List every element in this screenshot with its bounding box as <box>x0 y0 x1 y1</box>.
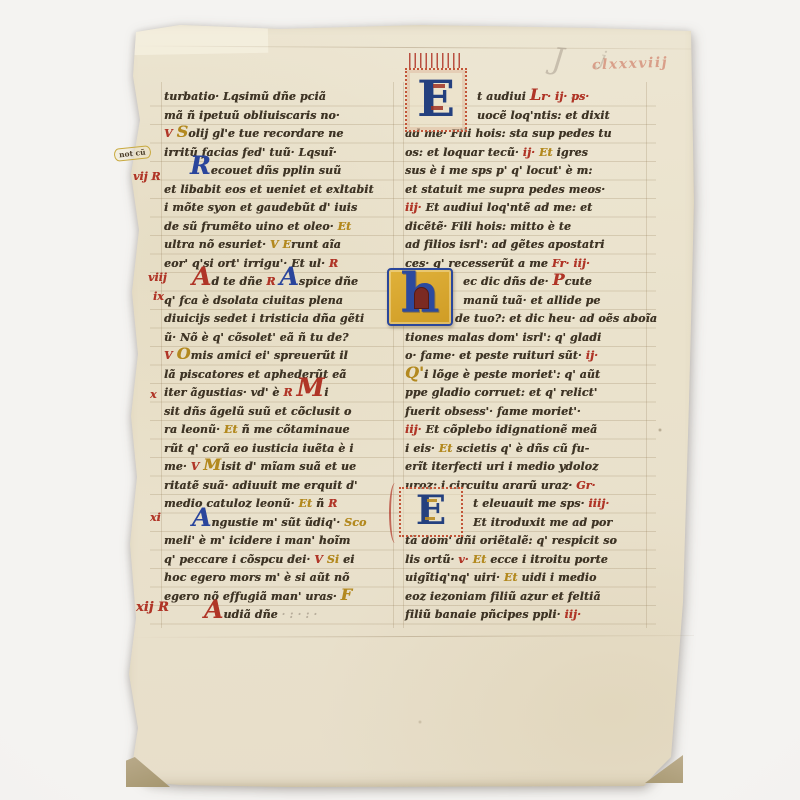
text-segment: ppe gladio corruet: et q' relict' <box>405 386 597 399</box>
text-segment: ij· <box>586 349 598 362</box>
text-line: ad filios isrl': ad gẽtes apostatri <box>405 234 649 253</box>
text-segment: erĩt iterfecti uri i medio ydoloz <box>405 460 598 473</box>
text-line: diuicijs sedet i tristicia dña gẽti <box>164 308 394 327</box>
text-segment: A <box>192 262 211 291</box>
text-segment: spice dñe <box>299 275 358 288</box>
penwork-fringe <box>409 53 463 68</box>
text-segment: M <box>203 455 221 474</box>
text-segment: Et <box>473 553 487 566</box>
text-segment: Et <box>539 146 553 159</box>
text-segment: sus è i me sps p' q' locut' è m: <box>405 164 592 177</box>
manuscript-photo: clxxxviij J j turbatio· Lqsimũ dñe pciãm… <box>0 0 800 800</box>
text-segment: de sũ frumẽto uino et oleo· <box>164 220 338 233</box>
text-line: lis ortũ· v· Et ecce i itroitu porte <box>405 549 649 568</box>
text-segment: ec dic dñs de· <box>463 275 552 288</box>
text-segment: medio catuloz leonũ· <box>164 497 298 510</box>
text-segment: V <box>164 349 177 362</box>
text-segment: L <box>530 85 541 104</box>
text-line: iter ãgustias· vd' è R Mi <box>164 382 394 401</box>
text-line: dicẽtẽ· Fili hois: mitto è te <box>405 216 649 235</box>
text-segment: ũ· Nõ è q' cõsolet' eã ñ tu de? <box>164 331 349 344</box>
text-segment: udiã dñe <box>223 608 281 621</box>
text-segment: mis amici ei' spreuerũt il <box>191 349 348 362</box>
text-line: rũt q' corã eo iusticia iuẽta è i <box>164 438 394 457</box>
text-line: Audiã dñe · : · : · <box>164 604 394 623</box>
text-segment: igres <box>553 146 588 159</box>
text-line: os: et loquar tecũ· ij· Et igres <box>405 142 649 161</box>
initial-letter: E <box>401 489 461 533</box>
text-segment: ultra nõ esuriet· <box>164 238 270 251</box>
text-segment: ad filios isrl': ad gẽtes apostatri <box>405 238 604 251</box>
text-segment: hoc egero mors m' è si aũt nõ <box>164 571 349 584</box>
text-line: ũ· Nõ è q' cõsolet' eã ñ tu de? <box>164 327 394 346</box>
text-line: eoz iezoniam filiũ azur et feltiã <box>405 586 649 605</box>
penwork-gold-dash <box>427 499 437 502</box>
text-line: ppe gladio corruet: et q' relict' <box>405 382 649 401</box>
penwork-hatch <box>433 84 445 88</box>
text-segment: q' fca è dsolata ciuitas plena <box>164 294 343 307</box>
illuminated-initial-E-lower: E <box>399 487 463 537</box>
text-segment: os: et loquar tecũ· <box>405 146 523 159</box>
text-segment: diuicijs sedet i tristicia dña gẽti <box>164 312 364 325</box>
text-segment: runt aĩa <box>291 238 341 251</box>
text-segment: Et <box>439 442 453 455</box>
text-segment: iij· <box>405 423 426 436</box>
text-segment: Sco <box>344 516 366 529</box>
vertical-ruling-line <box>403 82 404 628</box>
text-line: Q'i lõge è peste moriet': q' aũt <box>405 364 649 383</box>
text-line: V Solij gl'e tue recordare ne <box>164 123 394 142</box>
text-line: i eis· Et scietis q' è dñs cũ fu- <box>405 438 649 457</box>
text-segment: ñ me cõtaminaue <box>238 423 350 436</box>
text-segment: Et cõplebo idignationẽ meã <box>426 423 598 436</box>
text-segment: fuerit obsess'· fame moriet'· <box>405 405 581 418</box>
text-segment: r· ij· ps· <box>541 90 589 103</box>
text-segment: Si <box>327 553 339 566</box>
text-line: erĩt iterfecti uri i medio ydoloz <box>405 456 649 475</box>
text-segment: V <box>314 553 327 566</box>
text-segment: iiij· <box>588 497 609 510</box>
text-segment: dicẽtẽ· Fili hois: mitto è te <box>405 220 571 233</box>
text-segment: O <box>177 344 191 363</box>
text-line: Angustie m' sũt ũdiq'· Sco <box>164 512 394 531</box>
text-segment: sit dñs ãgelũ suũ et cõclusit o <box>164 405 351 418</box>
left-column: turbatio· Lqsimũ dñe pciãmã ñ ipetuũ obl… <box>164 86 394 623</box>
text-segment: o· fame· et peste ruituri sũt· <box>405 349 586 362</box>
text-line: Ad te dñe R Aspice dñe <box>164 271 394 290</box>
text-segment: Gr· <box>576 479 595 492</box>
text-segment: Fr· iij· <box>552 257 590 270</box>
penwork-gold-dash <box>425 517 435 520</box>
text-segment: V E <box>270 238 291 251</box>
text-segment: ritatẽ suã· adiuuit me erquit d' <box>164 479 357 492</box>
text-segment: v· <box>458 553 472 566</box>
initial-letter: E <box>407 70 465 128</box>
text-segment: uigĩtiq'nq' uiri· <box>405 571 504 584</box>
text-segment: V <box>191 460 204 473</box>
text-segment: V <box>164 127 177 140</box>
text-segment: cute <box>565 275 592 288</box>
text-segment: R <box>283 386 296 399</box>
initial-inner-arch <box>414 287 429 309</box>
text-line: me· V Misit d' mĩam suã et ue <box>164 456 394 475</box>
text-segment: F <box>341 585 352 604</box>
text-segment: uocẽ loq'ntis: et dixit <box>477 109 610 122</box>
text-line: hoc egero mors m' è si aũt nõ <box>164 567 394 586</box>
text-segment: et statuit me supra pedes meos· <box>405 183 605 196</box>
text-line: meli' è m' icidere i man' hoĩm <box>164 530 394 549</box>
text-segment: · : · : · <box>282 608 318 621</box>
text-line: q' peccare i cõspcu dei· V Si ei <box>164 549 394 568</box>
text-line: o· fame· et peste ruituri sũt· ij· <box>405 345 649 364</box>
illuminated-initial-E-top: E <box>405 68 467 132</box>
text-segment: Et <box>224 423 238 436</box>
text-segment: Et <box>298 497 312 510</box>
text-segment: scietis q' è dñs cũ fu- <box>452 442 589 455</box>
text-segment: egero nõ effugiã man' uras· <box>164 590 341 603</box>
text-segment: i lõge è peste moriet': q' aũt <box>424 368 600 381</box>
text-segment: A <box>279 262 298 291</box>
text-line: sit dñs ãgelũ suũ et cõclusit o <box>164 401 394 420</box>
text-segment: ra leonũ· <box>164 423 224 436</box>
text-segment: i <box>324 386 328 399</box>
text-segment: Et audiui loq'ntẽ ad me: et <box>426 201 593 214</box>
text-segment: A <box>204 595 223 624</box>
text-segment: isit d' mĩam suã et ue <box>221 460 356 473</box>
text-segment: i mõte syon et gaudebũt d' iuis <box>164 201 357 214</box>
text-segment: ecouet dñs pplin suũ <box>211 164 341 177</box>
text-line: V Omis amici ei' spreuerũt il <box>164 345 394 364</box>
text-segment: turbatio· Lqsimũ dñe pciã <box>164 90 326 103</box>
text-segment: q' peccare i cõspcu dei· <box>164 553 314 566</box>
text-line: et statuit me supra pedes meos· <box>405 179 649 198</box>
text-segment: R <box>190 151 211 180</box>
text-line: ritatẽ suã· adiuuit me erquit d' <box>164 475 394 494</box>
text-segment: manũ tuã· et allide pe <box>463 294 600 307</box>
text-segment: R <box>329 257 338 270</box>
text-segment: A <box>192 503 211 532</box>
text-segment: de tuo?: et dic heu· ad oẽs aboĩa <box>455 312 657 325</box>
text-line: ultra nõ esuriet· V Erunt aĩa <box>164 234 394 253</box>
text-line: lã piscatores et aphederũt eã <box>164 364 394 383</box>
text-segment: Et itroduxit me ad por <box>473 516 612 529</box>
right-column: t audiui Lr· ij· ps·uocẽ loq'ntis: et di… <box>405 86 649 623</box>
text-segment: iij· <box>405 201 426 214</box>
text-segment: et libabit eos et ueniet et exltabit <box>164 183 374 196</box>
text-segment: t audiui <box>477 90 530 103</box>
text-segment: eor' q'si ort' irrigu'· Et ul· <box>164 257 329 270</box>
text-segment: uidi i medio <box>518 571 597 584</box>
text-segment: iij· <box>564 608 581 621</box>
text-segment: R <box>328 497 337 510</box>
text-segment: me· <box>164 460 191 473</box>
text-segment: olij gl'e tue recordare ne <box>188 127 343 140</box>
text-segment: P <box>552 270 564 289</box>
text-line: Recouet dñs pplin suũ <box>164 160 394 179</box>
text-segment: Et <box>338 220 352 233</box>
text-segment: Et <box>504 571 518 584</box>
text-segment: M <box>297 373 325 402</box>
text-segment: ñ <box>312 497 328 510</box>
text-line: sus è i me sps p' q' locut' è m: <box>405 160 649 179</box>
text-segment: lis ortũ· <box>405 553 458 566</box>
text-line: filiũ banaie pñcipes ppli· iij· <box>405 604 649 623</box>
text-segment: iter ãgustias· vd' è <box>164 386 283 399</box>
text-segment: filiũ banaie pñcipes ppli· <box>405 608 564 621</box>
penwork-hatch <box>431 106 443 110</box>
text-segment: d te dñe <box>211 275 266 288</box>
text-segment: t eleuauit me sps· <box>473 497 588 510</box>
text-line: fuerit obsess'· fame moriet'· <box>405 401 649 420</box>
text-segment: ij· <box>523 146 539 159</box>
text-segment: i eis· <box>405 442 439 455</box>
text-line: uigĩtiq'nq' uiri· Et uidi i medio <box>405 567 649 586</box>
text-line: egero nõ effugiã man' uras· F <box>164 586 394 605</box>
text-line: iij· Et audiui loq'ntẽ ad me: et <box>405 197 649 216</box>
text-segment: Q' <box>405 363 424 382</box>
text-line: iij· Et cõplebo idignationẽ meã <box>405 419 649 438</box>
text-segment: ngustie m' sũt ũdiq'· <box>211 516 344 529</box>
text-line: de sũ frumẽto uino et oleo· Et <box>164 216 394 235</box>
text-line: q' fca è dsolata ciuitas plena <box>164 290 394 309</box>
vertical-ruling-line <box>161 82 162 628</box>
text-segment: S <box>177 122 189 141</box>
text-segment: R <box>266 275 279 288</box>
text-line: ra leonũ· Et ñ me cõtaminaue <box>164 419 394 438</box>
text-line: tiones malas dom' isrl': q' gladi <box>405 327 649 346</box>
text-segment: tiones malas dom' isrl': q' gladi <box>405 331 601 344</box>
text-segment: eoz iezoniam filiũ azur et feltiã <box>405 590 601 603</box>
text-line: i mõte syon et gaudebũt d' iuis <box>164 197 394 216</box>
text-line: et libabit eos et ueniet et exltabit <box>164 179 394 198</box>
text-line: turbatio· Lqsimũ dñe pciã <box>164 86 394 105</box>
text-segment: ei <box>339 553 354 566</box>
text-line: mã ñ ipetuũ obliuiscaris no· <box>164 105 394 124</box>
text-segment: meli' è m' icidere i man' hoĩm <box>164 534 350 547</box>
text-segment: mã ñ ipetuũ obliuiscaris no· <box>164 109 340 122</box>
text-segment: rũt q' corã eo iusticia iuẽta è i <box>164 442 354 455</box>
text-segment: ecce i itroitu porte <box>486 553 608 566</box>
